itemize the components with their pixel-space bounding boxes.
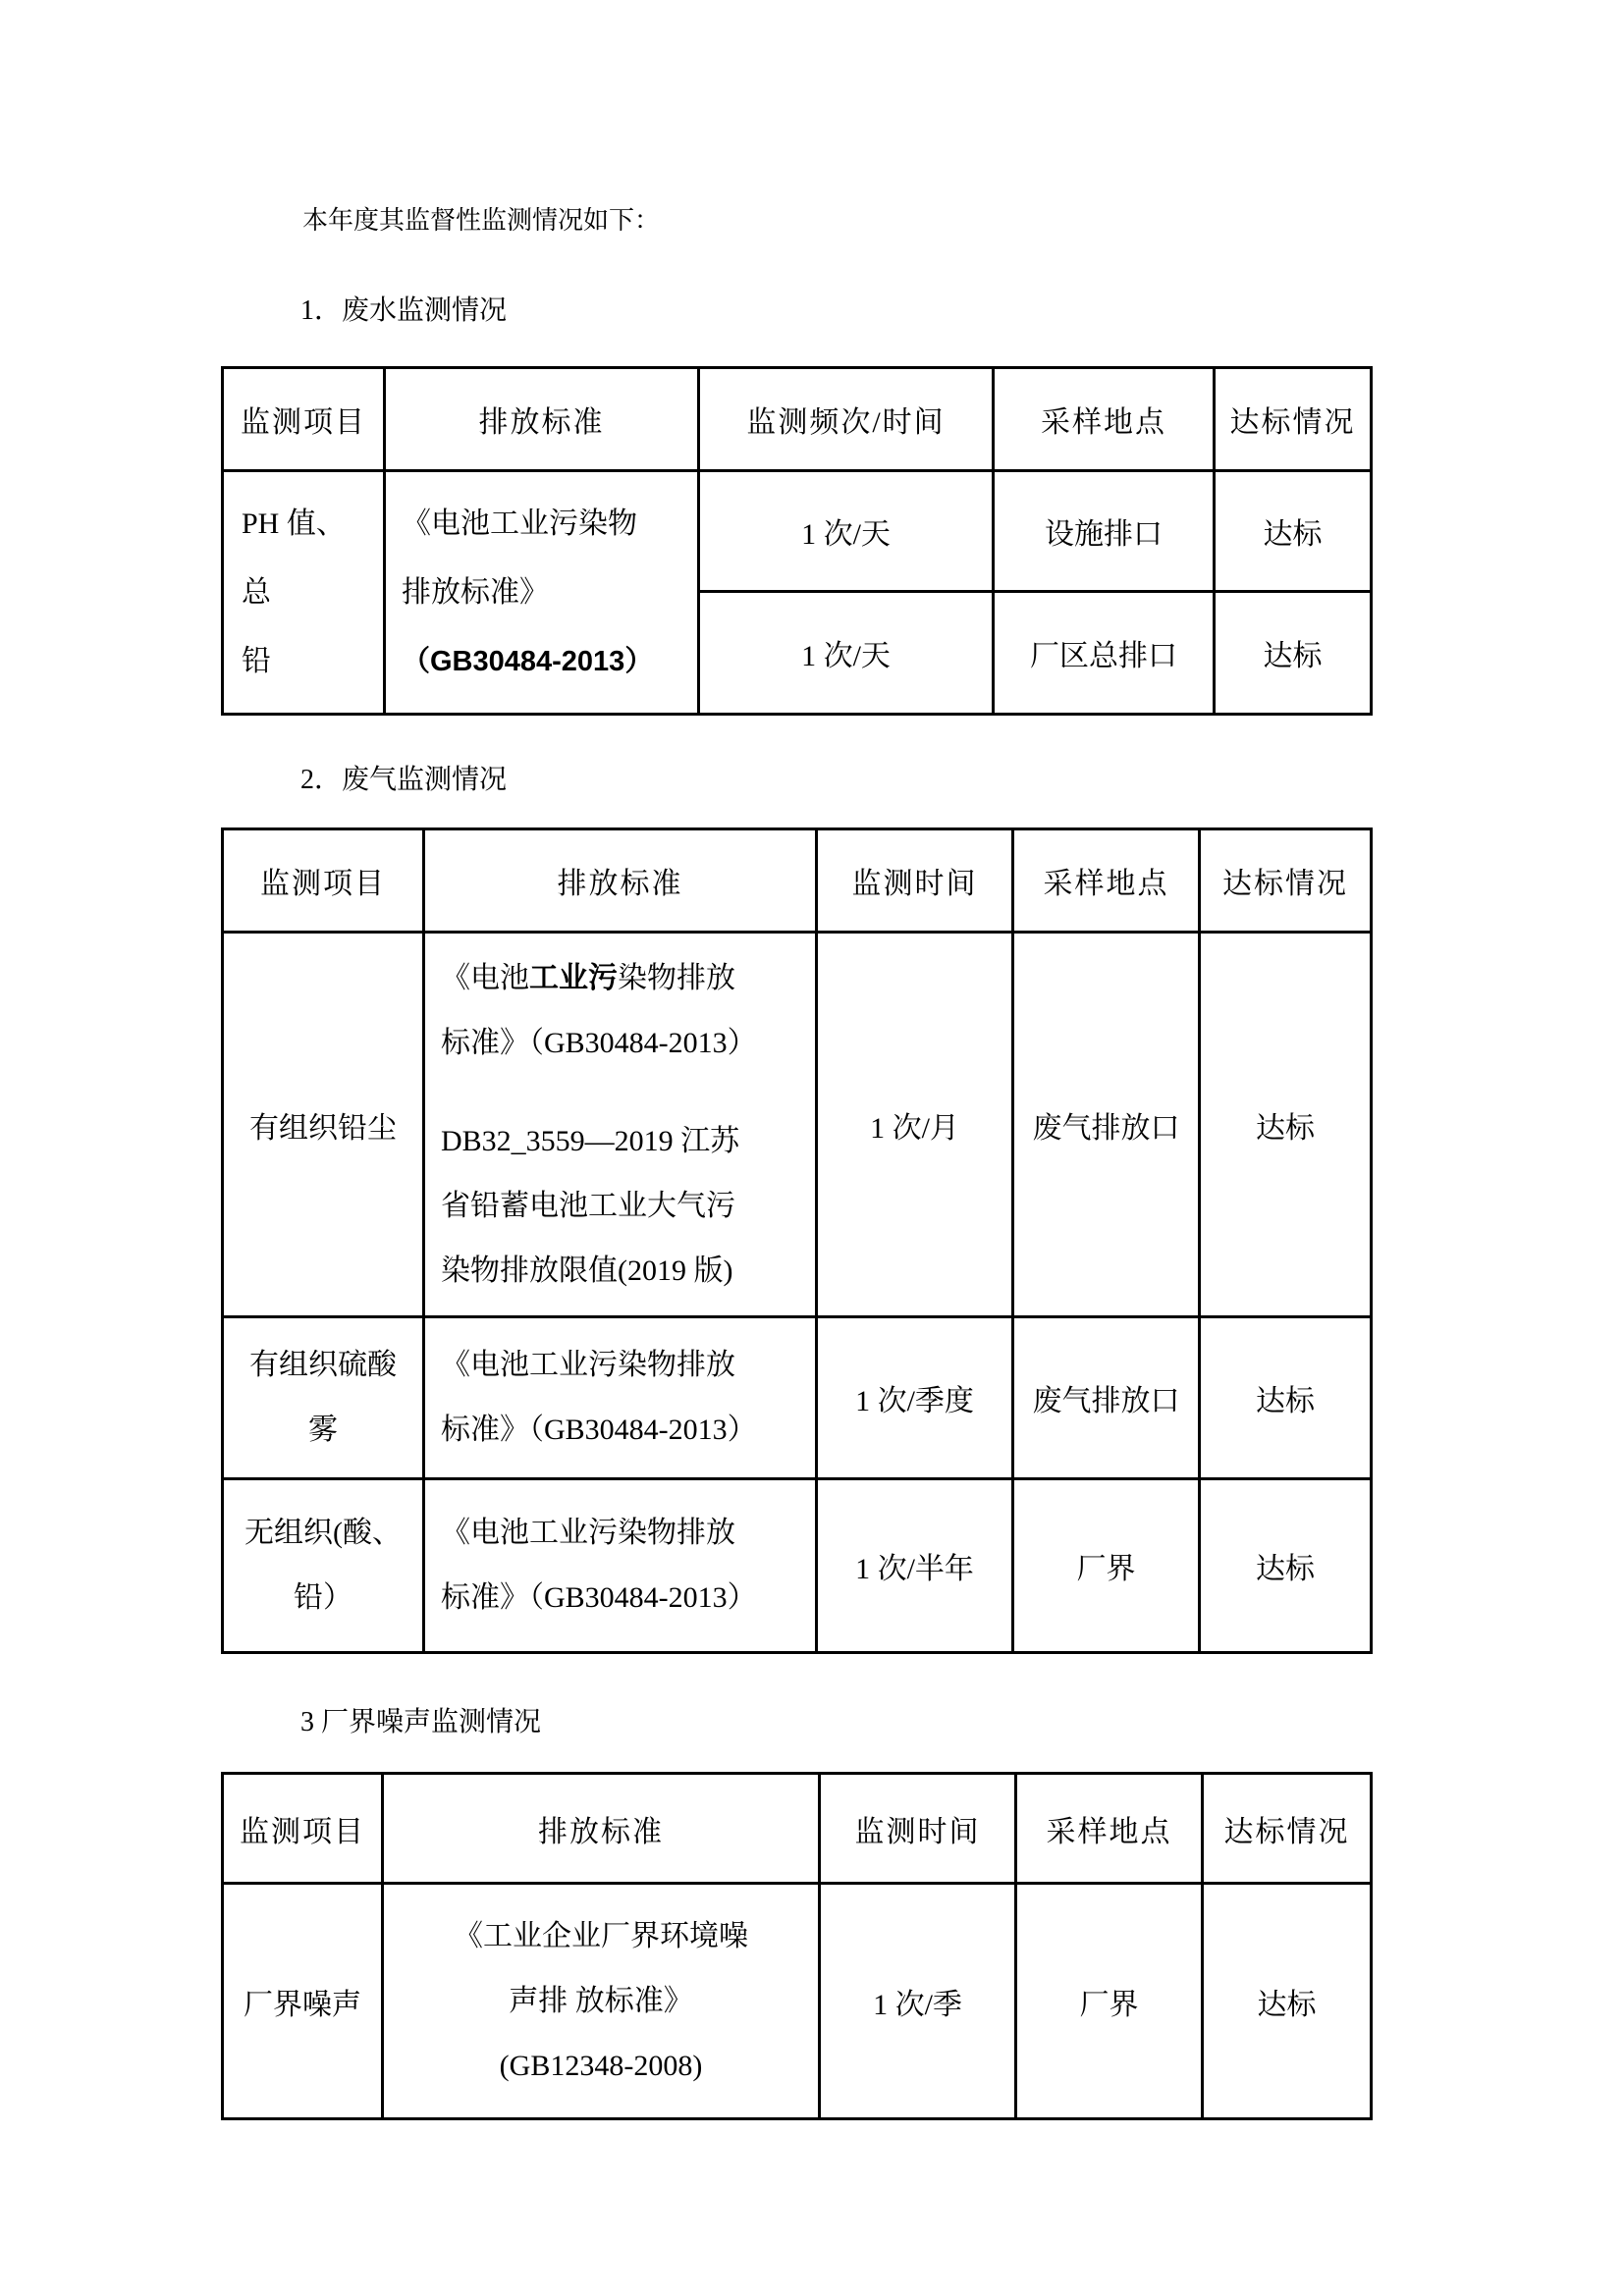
column-header-standard: 排放标准: [383, 1774, 820, 1884]
status-cell: 达标: [1200, 1479, 1372, 1653]
column-header-item: 监测项目: [223, 829, 424, 933]
status-cell: 达标: [1200, 933, 1372, 1317]
monitoring-item-cell: 有组织硫酸 雾: [223, 1317, 424, 1479]
standard-cell: 《电池工业污染物排放 标准》（GB30484-2013） DB32_3559—2…: [424, 933, 817, 1317]
column-header-status: 达标情况: [1215, 368, 1372, 471]
standard-line: 《电池工业污染物排放: [441, 1333, 805, 1398]
column-header-standard: 排放标准: [424, 829, 817, 933]
section-2-title: 2．废气监测情况: [300, 761, 1624, 800]
standard-text: 染物排放: [618, 962, 735, 994]
location-cell: 废气排放口: [1013, 933, 1200, 1317]
standard-line: 染物排放限值(2019 版): [441, 1239, 805, 1304]
table-header-row: 监测项目 排放标准 监测时间 采样地点 达标情况: [223, 829, 1372, 933]
standard-paragraph-1: 《电池工业污染物排放 标准》（GB30484-2013）: [441, 946, 805, 1076]
monitoring-item-cell: 厂界噪声: [223, 1884, 383, 2119]
document-page: 本年度其监督性监测情况如下： 1．废水监测情况 监测项目 排放标准 监测频次/时…: [0, 0, 1624, 2296]
time-cell: 1 次/季: [820, 1884, 1016, 2119]
location-cell: 厂区总排口: [994, 592, 1215, 715]
standard-line: 排放标准》: [402, 559, 687, 627]
item-line: 铅: [242, 627, 373, 696]
standard-line: (GB12348-2008): [394, 2034, 808, 2099]
status-cell: 达标: [1203, 1884, 1372, 2119]
table-row: 厂界噪声 《工业企业厂界环境噪 声排 放标准》 (GB12348-2008) 1…: [223, 1884, 1372, 2119]
status-cell: 达标: [1215, 471, 1372, 592]
standard-cell: 《电池工业污染物排放 标准》（GB30484-2013）: [424, 1317, 817, 1479]
table-header-row: 监测项目 排放标准 监测频次/时间 采样地点 达标情况: [223, 368, 1372, 471]
standard-line: 声排 放标准》: [394, 1969, 808, 2034]
section-1-title: 1．废水监测情况: [300, 292, 1624, 331]
frequency-cell: 1 次/天: [699, 471, 994, 592]
table-row: 有组织硫酸 雾 《电池工业污染物排放 标准》（GB30484-2013） 1 次…: [223, 1317, 1372, 1479]
column-header-time: 监测时间: [820, 1774, 1016, 1884]
standard-line: 省铅蓄电池工业大气污: [441, 1174, 805, 1239]
table-header-row: 监测项目 排放标准 监测时间 采样地点 达标情况: [223, 1774, 1372, 1884]
column-header-time: 监测时间: [817, 829, 1013, 933]
standard-line: 《工业企业厂界环境噪: [394, 1904, 808, 1969]
item-line: 雾: [234, 1398, 412, 1463]
standard-line: 标准》（GB30484-2013）: [441, 1398, 805, 1463]
column-header-standard: 排放标准: [385, 368, 699, 471]
monitoring-item-cell: 有组织铅尘: [223, 933, 424, 1317]
column-header-status: 达标情况: [1200, 829, 1372, 933]
column-header-location: 采样地点: [1013, 829, 1200, 933]
column-header-item: 监测项目: [223, 1774, 383, 1884]
standard-line: 《电池工业污染物: [402, 490, 687, 559]
time-cell: 1 次/月: [817, 933, 1013, 1317]
standard-line: DB32_3559—2019 江苏: [441, 1109, 805, 1174]
monitoring-item-cell: PH 值、总 铅: [223, 471, 385, 715]
standard-text-bold: 工业污: [529, 962, 618, 994]
status-cell: 达标: [1200, 1317, 1372, 1479]
frequency-cell: 1 次/天: [699, 592, 994, 715]
standard-line: 标准》（GB30484-2013）: [441, 1011, 805, 1076]
table-row: PH 值、总 铅 《电池工业污染物 排放标准》 （GB30484-2013） 1…: [223, 471, 1372, 592]
column-header-item: 监测项目: [223, 368, 385, 471]
standard-line: 标准》（GB30484-2013）: [441, 1566, 805, 1630]
item-line: 有组织硫酸: [234, 1333, 412, 1398]
column-header-status: 达标情况: [1203, 1774, 1372, 1884]
standard-code: （GB30484-2013）: [402, 627, 687, 696]
standard-text: 《电池: [441, 962, 529, 994]
column-header-frequency: 监测频次/时间: [699, 368, 994, 471]
item-line: 无组织(酸、: [234, 1501, 412, 1566]
waste-gas-monitoring-table: 监测项目 排放标准 监测时间 采样地点 达标情况 有组织铅尘 《电池工业污染物排…: [221, 828, 1373, 1654]
time-cell: 1 次/半年: [817, 1479, 1013, 1653]
time-cell: 1 次/季度: [817, 1317, 1013, 1479]
standard-line: 《电池工业污染物排放: [441, 946, 805, 1011]
standard-cell: 《电池工业污染物排放 标准》（GB30484-2013）: [424, 1479, 817, 1653]
item-line: 铅）: [234, 1566, 412, 1630]
intro-text: 本年度其监督性监测情况如下：: [302, 201, 1624, 240]
table-row: 无组织(酸、 铅） 《电池工业污染物排放 标准》（GB30484-2013） 1…: [223, 1479, 1372, 1653]
location-cell: 设施排口: [994, 471, 1215, 592]
location-cell: 厂界: [1016, 1884, 1203, 2119]
status-cell: 达标: [1215, 592, 1372, 715]
wastewater-monitoring-table: 监测项目 排放标准 监测频次/时间 采样地点 达标情况 PH 值、总 铅 《电池…: [221, 366, 1373, 716]
standard-cell: 《工业企业厂界环境噪 声排 放标准》 (GB12348-2008): [383, 1884, 820, 2119]
column-header-location: 采样地点: [994, 368, 1215, 471]
table-row: 有组织铅尘 《电池工业污染物排放 标准》（GB30484-2013） DB32_…: [223, 933, 1372, 1317]
standard-paragraph-2: DB32_3559—2019 江苏 省铅蓄电池工业大气污 染物排放限值(2019…: [441, 1109, 805, 1304]
location-cell: 废气排放口: [1013, 1317, 1200, 1479]
section-3-title: 3 厂界噪声监测情况: [300, 1703, 1624, 1742]
location-cell: 厂界: [1013, 1479, 1200, 1653]
standard-cell: 《电池工业污染物 排放标准》 （GB30484-2013）: [385, 471, 699, 715]
boundary-noise-monitoring-table: 监测项目 排放标准 监测时间 采样地点 达标情况 厂界噪声 《工业企业厂界环境噪…: [221, 1772, 1373, 2120]
item-line: PH 值、总: [242, 490, 373, 627]
monitoring-item-cell: 无组织(酸、 铅）: [223, 1479, 424, 1653]
standard-line: 《电池工业污染物排放: [441, 1501, 805, 1566]
column-header-location: 采样地点: [1016, 1774, 1203, 1884]
